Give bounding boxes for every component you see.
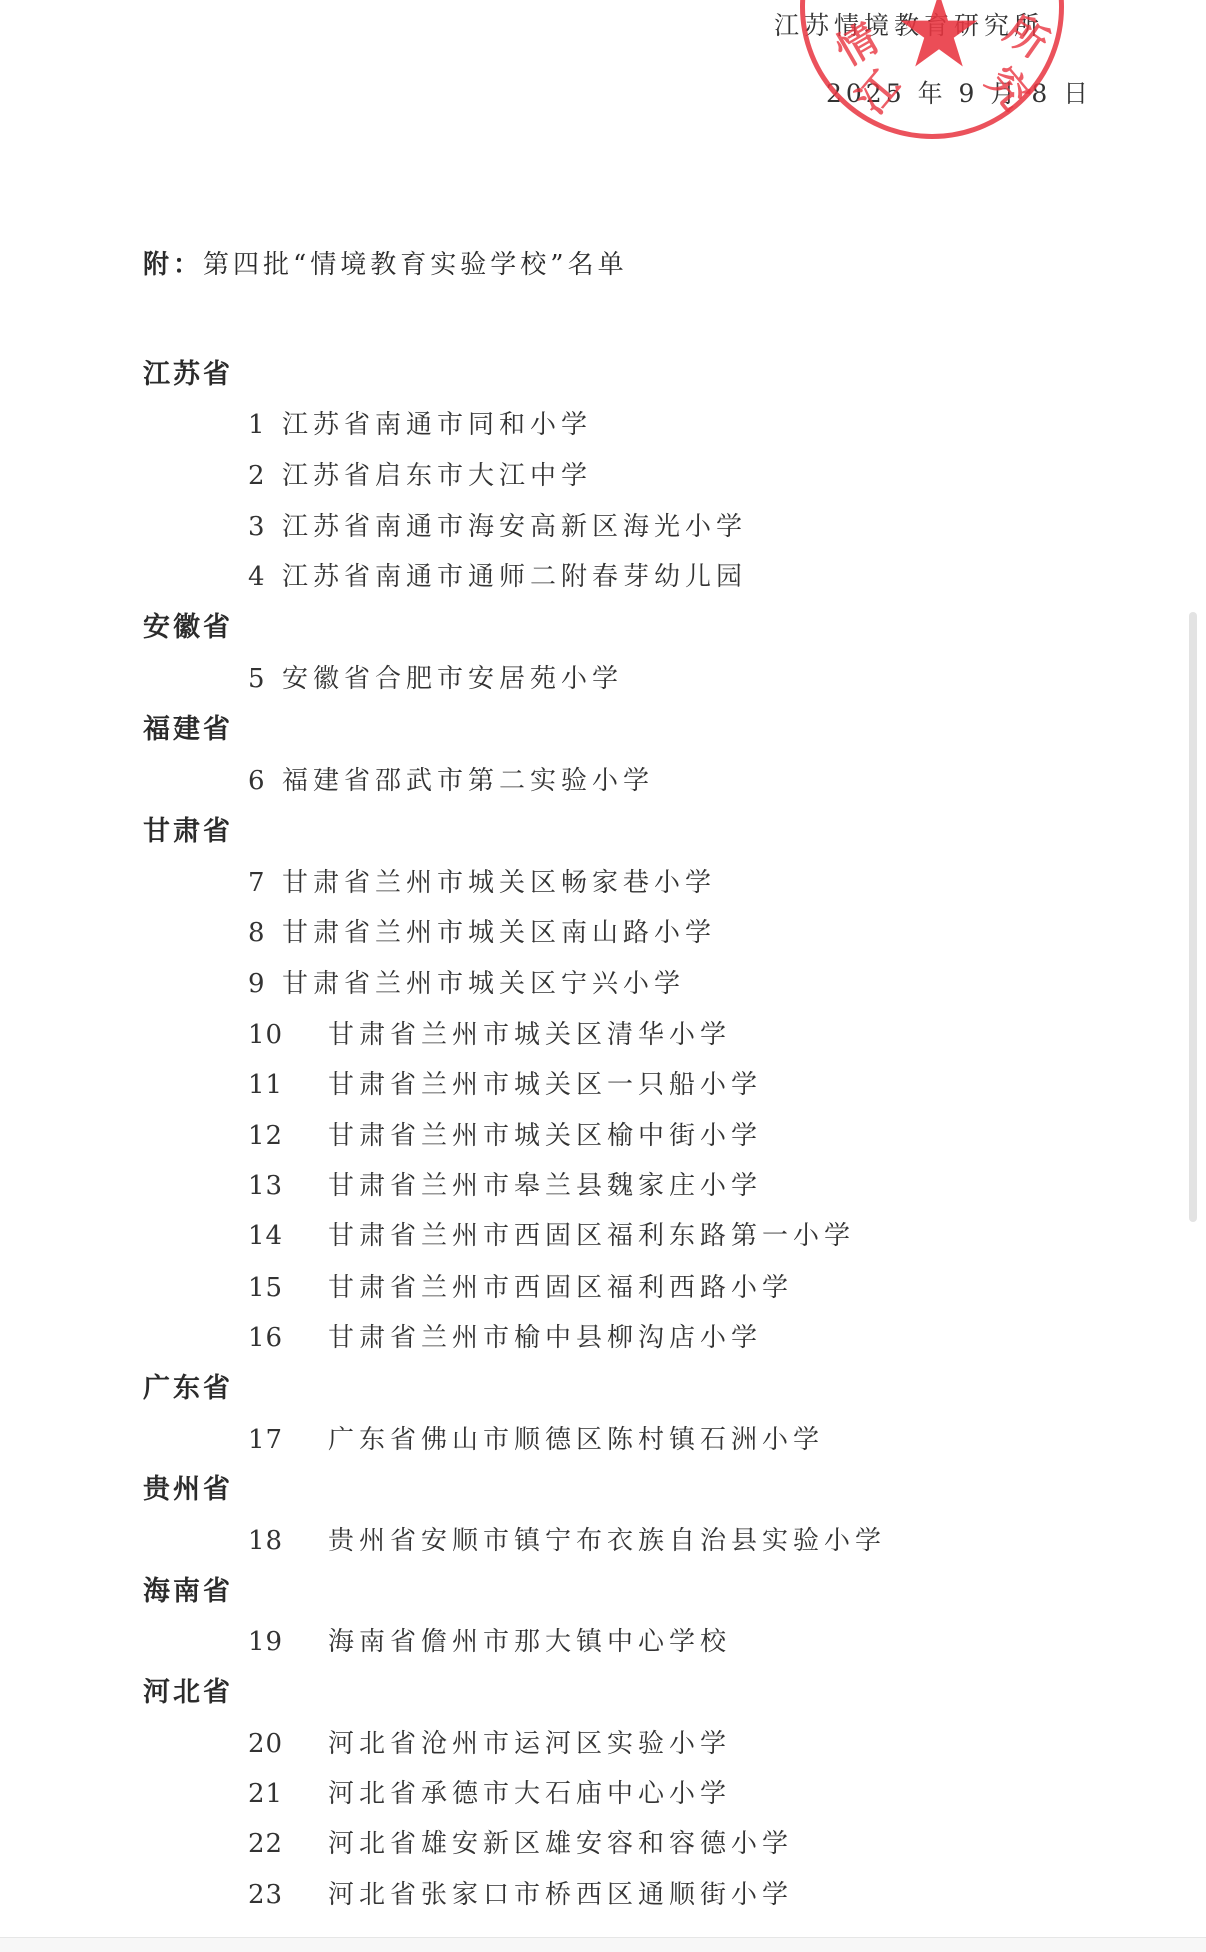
school-number: 15 bbox=[248, 1269, 328, 1307]
school-name: 甘肃省兰州市皋兰县魏家庄小学 bbox=[328, 1171, 762, 1201]
school-name: 甘肃省兰州市榆中县柳沟店小学 bbox=[328, 1323, 762, 1353]
school-entry: 22河北省雄安新区雄安容和容德小学 bbox=[248, 1825, 793, 1863]
province-heading: 河北省 bbox=[143, 1674, 233, 1712]
school-number: 8 bbox=[248, 914, 282, 952]
school-entry: 10甘肃省兰州市城关区清华小学 bbox=[248, 1016, 731, 1054]
school-number: 9 bbox=[248, 965, 282, 1003]
school-number: 22 bbox=[248, 1825, 328, 1863]
school-entry: 6福建省邵武市第二实验小学 bbox=[248, 762, 654, 800]
school-entry: 9甘肃省兰州市城关区宁兴小学 bbox=[248, 965, 685, 1003]
school-entry: 2江苏省启东市大江中学 bbox=[248, 457, 592, 495]
school-name: 江苏省南通市通师二附春芽幼儿园 bbox=[282, 562, 747, 592]
school-number: 20 bbox=[248, 1725, 328, 1763]
school-entry: 5安徽省合肥市安居苑小学 bbox=[248, 660, 623, 698]
vertical-scrollbar[interactable] bbox=[1189, 612, 1197, 1222]
school-number: 6 bbox=[248, 762, 282, 800]
school-name: 甘肃省兰州市城关区宁兴小学 bbox=[282, 969, 685, 999]
school-name: 广东省佛山市顺德区陈村镇石洲小学 bbox=[328, 1425, 824, 1455]
school-entry: 8甘肃省兰州市城关区南山路小学 bbox=[248, 914, 716, 952]
school-entry: 19海南省儋州市那大镇中心学校 bbox=[248, 1623, 731, 1661]
school-name: 福建省邵武市第二实验小学 bbox=[282, 766, 654, 796]
school-entry: 17广东省佛山市顺德区陈村镇石洲小学 bbox=[248, 1421, 824, 1459]
province-heading: 江苏省 bbox=[143, 356, 233, 394]
school-number: 12 bbox=[248, 1117, 328, 1155]
school-entry: 1江苏省南通市同和小学 bbox=[248, 406, 592, 444]
province-heading: 甘肃省 bbox=[143, 813, 233, 851]
school-name: 河北省雄安新区雄安容和容德小学 bbox=[328, 1829, 793, 1859]
school-name: 甘肃省兰州市城关区榆中街小学 bbox=[328, 1121, 762, 1151]
school-name: 江苏省启东市大江中学 bbox=[282, 461, 592, 491]
province-heading: 海南省 bbox=[143, 1573, 233, 1611]
school-name: 江苏省南通市同和小学 bbox=[282, 410, 592, 440]
province-heading: 福建省 bbox=[143, 711, 233, 749]
school-number: 2 bbox=[248, 457, 282, 495]
issuing-organization: 江苏情境教育研究所 bbox=[774, 8, 1044, 44]
school-name: 甘肃省兰州市西固区福利东路第一小学 bbox=[328, 1221, 855, 1251]
school-entry: 7甘肃省兰州市城关区畅家巷小学 bbox=[248, 864, 716, 902]
school-entry: 13甘肃省兰州市皋兰县魏家庄小学 bbox=[248, 1167, 762, 1205]
attachment-title: 附：第四批“情境教育实验学校”名单 bbox=[143, 246, 628, 284]
school-entry: 21河北省承德市大石庙中心小学 bbox=[248, 1775, 731, 1813]
school-name: 河北省承德市大石庙中心小学 bbox=[328, 1779, 731, 1809]
attachment-title-text: 第四批“情境教育实验学校”名单 bbox=[203, 250, 628, 280]
school-number: 18 bbox=[248, 1522, 328, 1560]
province-heading: 广东省 bbox=[143, 1370, 233, 1408]
school-name: 贵州省安顺市镇宁布衣族自治县实验小学 bbox=[328, 1526, 886, 1556]
school-number: 11 bbox=[248, 1066, 328, 1104]
school-number: 10 bbox=[248, 1016, 328, 1054]
school-name: 河北省沧州市运河区实验小学 bbox=[328, 1729, 731, 1759]
school-number: 3 bbox=[248, 508, 282, 546]
school-number: 16 bbox=[248, 1319, 328, 1357]
school-name: 海南省儋州市那大镇中心学校 bbox=[328, 1627, 731, 1657]
province-heading: 贵州省 bbox=[143, 1471, 233, 1509]
school-number: 17 bbox=[248, 1421, 328, 1459]
issue-date: 2025 年 9 月 8 日 bbox=[826, 76, 1092, 112]
school-number: 23 bbox=[248, 1876, 328, 1914]
school-number: 4 bbox=[248, 558, 282, 596]
school-entry: 15甘肃省兰州市西固区福利西路小学 bbox=[248, 1269, 793, 1307]
school-number: 19 bbox=[248, 1623, 328, 1661]
school-entry: 16甘肃省兰州市榆中县柳沟店小学 bbox=[248, 1319, 762, 1357]
school-number: 1 bbox=[248, 406, 282, 444]
school-entry: 23河北省张家口市桥西区通顺街小学 bbox=[248, 1876, 793, 1914]
next-page-edge bbox=[0, 1938, 1206, 1952]
school-name: 江苏省南通市海安高新区海光小学 bbox=[282, 512, 747, 542]
school-entry: 18贵州省安顺市镇宁布衣族自治县实验小学 bbox=[248, 1522, 886, 1560]
school-entry: 11甘肃省兰州市城关区一只船小学 bbox=[248, 1066, 762, 1104]
school-name: 河北省张家口市桥西区通顺街小学 bbox=[328, 1880, 793, 1910]
school-name: 安徽省合肥市安居苑小学 bbox=[282, 664, 623, 694]
school-entry: 20河北省沧州市运河区实验小学 bbox=[248, 1725, 731, 1763]
province-heading: 安徽省 bbox=[143, 609, 233, 647]
school-name: 甘肃省兰州市城关区南山路小学 bbox=[282, 918, 716, 948]
school-number: 7 bbox=[248, 864, 282, 902]
school-entry: 12甘肃省兰州市城关区榆中街小学 bbox=[248, 1117, 762, 1155]
school-name: 甘肃省兰州市城关区一只船小学 bbox=[328, 1070, 762, 1100]
school-name: 甘肃省兰州市城关区清华小学 bbox=[328, 1020, 731, 1050]
school-number: 5 bbox=[248, 660, 282, 698]
school-name: 甘肃省兰州市西固区福利西路小学 bbox=[328, 1273, 793, 1303]
school-entry: 14甘肃省兰州市西固区福利东路第一小学 bbox=[248, 1217, 855, 1255]
school-entry: 3江苏省南通市海安高新区海光小学 bbox=[248, 508, 747, 546]
attachment-prefix: 附： bbox=[143, 250, 203, 280]
school-number: 14 bbox=[248, 1217, 328, 1255]
school-entry: 4江苏省南通市通师二附春芽幼儿园 bbox=[248, 558, 747, 596]
school-number: 13 bbox=[248, 1167, 328, 1205]
school-name: 甘肃省兰州市城关区畅家巷小学 bbox=[282, 868, 716, 898]
school-number: 21 bbox=[248, 1775, 328, 1813]
